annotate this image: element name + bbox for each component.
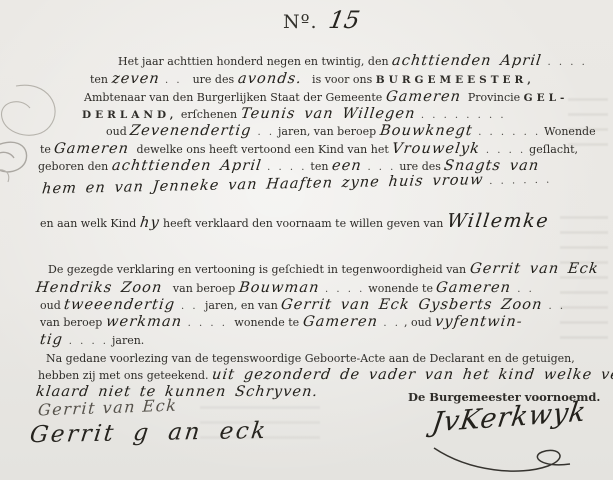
handwritten-entry: Teunis van Willegen [240, 106, 416, 122]
printed-form-text: jaren, en van [198, 299, 281, 312]
line-child-name: en aan welk Kind hy heeft verklaard den … [40, 213, 549, 232]
printed-form-text: heeft verklaard den voornaam te willen g… [160, 217, 447, 230]
handwritten-entry: tweeendertig [63, 297, 176, 313]
printed-form-text: Het jaar achttien honderd negen en twint… [118, 55, 392, 68]
dotted-filler: . . . . [63, 336, 108, 347]
printed-form-text: ure des [182, 73, 238, 86]
handwritten-entry: Bouwman [238, 280, 321, 296]
handwritten-entry: hy [139, 215, 161, 231]
line-witnesses-intro: De gezegde verklaring en vertooning is g… [48, 260, 598, 278]
handwritten-entry: een [331, 158, 363, 174]
handwritten-entry: werkman [105, 314, 183, 330]
witness-signature-1: Gerrit van Eck [37, 396, 178, 420]
handwritten-entry: Gameren [385, 89, 462, 105]
printed-form-text: erſchenen [177, 108, 240, 121]
printed-form-text: De gezegde verklaring en vertooning is g… [48, 263, 470, 276]
printed-form-text: Wonende [541, 125, 596, 138]
printed-form-text: jaren, van beroep [275, 125, 380, 138]
line-year-date: Het jaar achttien honderd negen en twint… [118, 52, 587, 71]
signature-flourish [430, 438, 610, 478]
printed-form-text: van beroep [40, 316, 106, 329]
handwritten-entry: Vrouwelyk [391, 141, 481, 157]
line-official-municipality: Ambtenaar van den Burgerlijken Staat der… [84, 88, 568, 106]
dotted-filler: . . [378, 318, 401, 329]
handwritten-entry: Gerrit van Eck [469, 261, 600, 277]
handwritten-entry: Gameren [302, 314, 379, 330]
handwritten-entry: Gameren [53, 141, 130, 157]
dotted-filler: . . . . [542, 57, 587, 68]
dotted-filler: . . . . [319, 284, 364, 295]
printed-form-text: geboren den [38, 160, 112, 173]
printed-form-text: GEL- [524, 92, 569, 104]
printed-form-text: oud [40, 299, 64, 312]
handwritten-entry: uit gezonderd de vader van het kind welk… [211, 367, 613, 383]
handwritten-entry: Gerrit van Eck Gysberts Zoon [280, 297, 544, 313]
dotted-filler: . . . . . . [483, 175, 551, 187]
dotted-filler: . . . . . . [473, 127, 541, 138]
printed-form-text: wonende te [365, 282, 437, 295]
number-value: 15 [326, 6, 361, 34]
handwritten-entry: Hendriks Zoon [35, 280, 163, 296]
dotted-filler: . . . [362, 162, 396, 173]
handwritten-entry: Zevenendertig [129, 123, 252, 139]
dotted-filler: . . [543, 301, 566, 312]
printed-form-text: ten [90, 73, 112, 86]
printed-form-text: DERLAND, [82, 109, 177, 121]
dotted-filler: . . [512, 284, 535, 295]
printed-form-text: hebben zij met ons geteekend. [38, 369, 212, 382]
printed-form-text: is voor ons [302, 73, 376, 86]
printed-form-text: ten [307, 160, 332, 173]
line-reading-aloud: Na gedane voorlezing van de tegenswoordi… [46, 349, 575, 367]
handwritten-entry: Bouwknegt [379, 123, 474, 139]
dotted-filler: . . . . . . . . [415, 110, 506, 121]
handwritten-entry: vyfentwin- [434, 314, 524, 330]
dotted-filler: . . [252, 127, 275, 138]
handwritten-entry: zeven [111, 71, 161, 87]
printed-form-text: Na gedane voorlezing van de tegenswoordi… [46, 352, 575, 365]
line-age-profession: oud Zevenendertig . . jaren, van beroep … [106, 122, 596, 141]
printed-form-text: jaren. [108, 334, 144, 347]
handwritten-entry: tig [39, 332, 64, 348]
witness-signature-2: Gerrit g an eck [28, 418, 269, 448]
line-witness2-age-end: tig . . . . jaren. [40, 331, 144, 350]
handwritten-entry: achttienden April [391, 53, 543, 69]
printed-form-text: Ambtenaar van den Burgerlijken Staat der… [84, 91, 386, 104]
printed-form-text: dewelke ons heeft vertoond een Kind van … [130, 143, 393, 156]
dotted-filler: . . . . [182, 318, 227, 329]
line-signed-note: hebben zij met ons geteekend. uit gezond… [38, 366, 613, 384]
dotted-filler: . . . . [480, 145, 525, 156]
dotted-filler: . . . . [262, 162, 307, 173]
printed-form-text: en aan welk Kind [40, 217, 140, 230]
handwritten-entry: Willemke [446, 213, 550, 229]
printed-form-text: Provincie [461, 91, 524, 104]
number-label: Nº. [283, 11, 318, 33]
printed-form-text: oud [106, 125, 130, 138]
dotted-filler: . . [159, 75, 182, 86]
printed-form-text: van beroep [162, 282, 238, 295]
birth-certificate-scan: Nº. 15 Het jaar achttien honderd negen e… [0, 0, 613, 480]
line-hour-declared: ten zeven . . ure des avonds. is voor on… [90, 70, 535, 89]
printed-form-text: geſlacht, [526, 143, 578, 156]
printed-form-text: BURGEMEESTER, [376, 74, 535, 86]
handwritten-entry: achttienden April [111, 158, 263, 174]
dotted-filler: . . [175, 301, 198, 312]
handwritten-entry: Gameren [436, 280, 513, 296]
handwritten-entry: avonds. [237, 71, 303, 87]
document-number: Nº. 15 [283, 6, 359, 34]
printed-form-text: , oud [400, 316, 435, 329]
printed-form-text: wonende te [227, 316, 302, 329]
line-witness2-profession: van beroep werkman . . . . wonende te Ga… [40, 313, 523, 332]
